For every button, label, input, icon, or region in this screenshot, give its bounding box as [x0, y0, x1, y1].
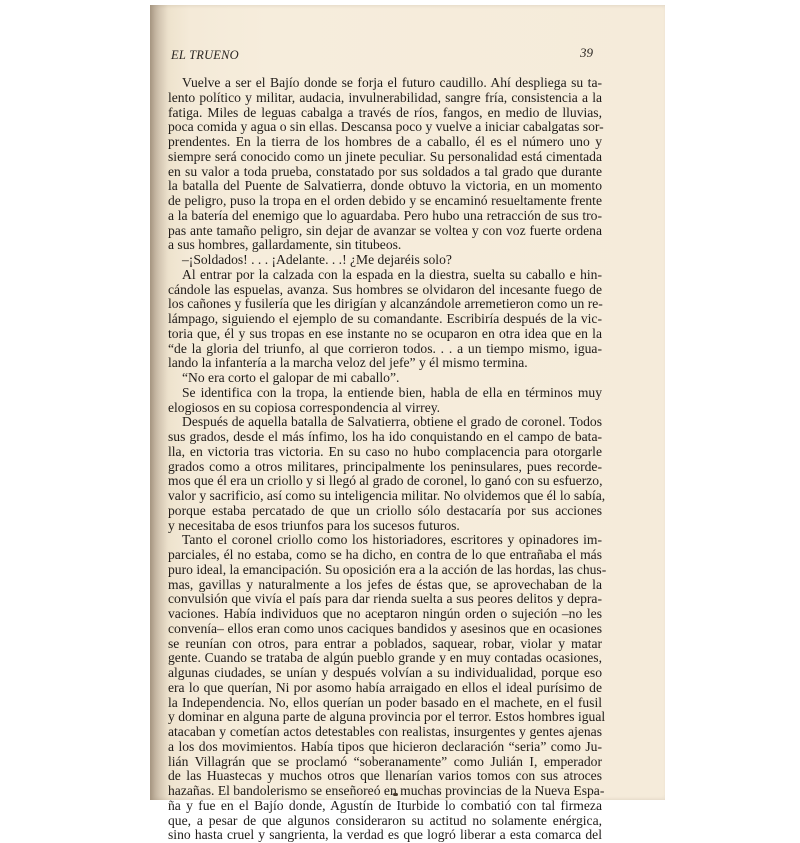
text-line: lento político y militar, audacia, invul… — [168, 91, 602, 106]
text-line: de peligro, puso la tropa en el orden de… — [168, 194, 602, 209]
text-line: era lo que querían, Ni por asomo había a… — [168, 681, 602, 696]
text-line: “No era corto el galopar de mi caballo”. — [168, 371, 602, 386]
text-line: porque estaba percatado de que un crioll… — [168, 504, 602, 519]
text-line: valor y sacrificio, así como su intelige… — [168, 489, 602, 504]
text-line: la Independencia. No, ellos querían un p… — [168, 696, 602, 711]
text-line: fatiga. Miles de leguas cabalga a través… — [168, 106, 602, 121]
text-line: lla, en victoria tras victoria. En su ca… — [168, 445, 602, 460]
text-line: de las Huastecas y muchos otros que llen… — [168, 769, 602, 784]
text-line: a la batería del enemigo que lo aguardab… — [168, 209, 602, 224]
text-line: Tanto el coronel criollo como los histor… — [168, 533, 602, 548]
text-line: toria que, él y sus tropas en ese instan… — [168, 327, 602, 342]
text-line: los cañones y fusilería que les dirigían… — [168, 297, 602, 312]
text-line: grados como a otros militares, principal… — [168, 460, 602, 475]
text-line: poca comida y agua o sin ellas. Descansa… — [168, 120, 602, 135]
text-line: la batalla del Puente de Salvatierra, do… — [168, 179, 602, 194]
text-line: convenía– ellos eran como unos caciques … — [168, 622, 602, 637]
text-line: puro ideal, la emancipación. Su oposició… — [168, 563, 602, 578]
text-line: Después de aquella batalla de Salvatierr… — [168, 415, 602, 430]
ink-speck — [393, 793, 398, 796]
text-line: “de la gloria del triunfo, al que corrie… — [168, 342, 602, 357]
text-line: Se identifica con la tropa, la entiende … — [168, 386, 602, 401]
text-line: –¡Soldados! . . . ¡Adelante. . .! ¿Me de… — [168, 253, 602, 268]
text-line: Al entrar por la calzada con la espada e… — [168, 268, 602, 283]
text-line: parciales, él no estaba, como se ha dich… — [168, 548, 602, 563]
text-line: lián Villagrán que se proclamó “soberana… — [168, 755, 602, 770]
book-page: EL TRUENO 39 Vuelve a ser el Bajío donde… — [150, 5, 665, 800]
text-line: y necesitaba de esos triunfos para los s… — [168, 519, 602, 534]
page-number: 39 — [580, 45, 593, 61]
text-line: atacaban y cometían actos detestables co… — [168, 725, 602, 740]
text-line: mas, gavillas y naturalmente a los jefes… — [168, 578, 602, 593]
text-line: a los dos movimientos. Había tipos que h… — [168, 740, 602, 755]
text-line: en su valor a toda prueba, constatado po… — [168, 165, 602, 180]
text-line: lámpago, siguiendo el ejemplo de su coma… — [168, 312, 602, 327]
text-line: algunas ciudades, se unían y después vol… — [168, 666, 602, 681]
text-line: mos que él era un criollo y si llegó al … — [168, 474, 602, 489]
text-line: vaciones. Había individuos que no acepta… — [168, 607, 602, 622]
text-line: hazañas. El bandolerismo se enseñoreó en… — [168, 784, 602, 799]
text-line: gente. Cuando se trataba de algún pueblo… — [168, 651, 602, 666]
text-line: Vuelve a ser el Bajío donde se forja el … — [168, 76, 602, 91]
body-text: Vuelve a ser el Bajío donde se forja el … — [168, 76, 602, 800]
text-line: siempre será conocido como un jinete pec… — [168, 150, 602, 165]
text-line: y dominar en alguna parte de alguna prov… — [168, 710, 602, 725]
text-line: a sus hombres, gallardamente, sin titube… — [168, 238, 602, 253]
text-line: cándole las espuelas, avanza. Sus hombre… — [168, 283, 602, 298]
text-line: se reunían con otros, para entrar a pobl… — [168, 637, 602, 652]
text-line: pas ante tamaño peligro, sin dejar de av… — [168, 224, 602, 239]
text-line: convulsión que vivía el país para dar ri… — [168, 592, 602, 607]
text-line: prendentes. En la tierra de los hombres … — [168, 135, 602, 150]
text-line: lando la infantería a la marcha veloz de… — [168, 356, 602, 371]
text-line: elogiosos en su copiosa correspondencia … — [168, 401, 602, 416]
text-line: sus grados, desde el más ínfimo, los ha … — [168, 430, 602, 445]
running-title: EL TRUENO — [171, 48, 239, 63]
